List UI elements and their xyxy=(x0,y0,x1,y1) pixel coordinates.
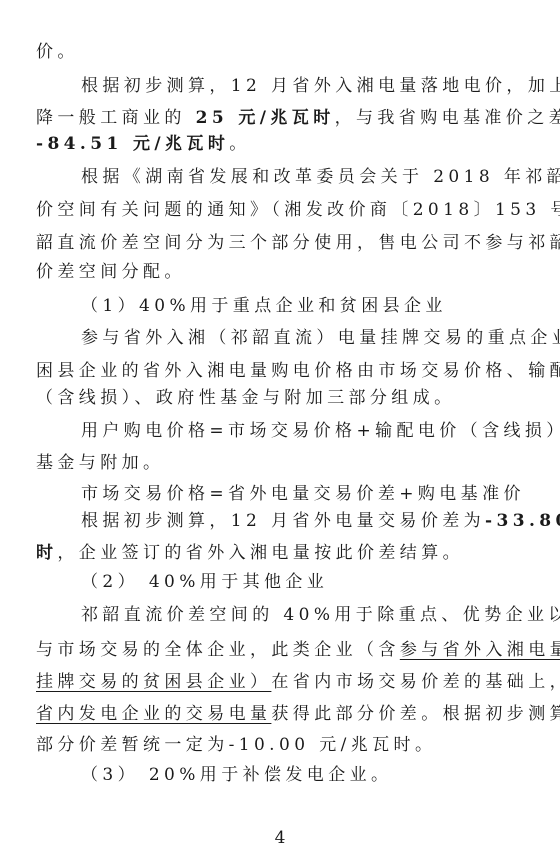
bold-value-minus-33-80: -33.80 元/兆瓦 xyxy=(485,511,560,531)
paragraph-line: 参与省外入湘（祁韶直流）电量挂牌交易的重点企业和贫 xyxy=(81,326,516,350)
text: 用户购电价格=市场交易价格+输配电价（含线损）+政府性 xyxy=(81,421,560,441)
section-heading-3: （3） 20%用于补偿发电企业。 xyxy=(81,763,516,787)
paragraph-line: 困县企业的省外入湘电量购电价格由市场交易价格、输配电价 xyxy=(36,359,516,383)
paragraph-line: 时，企业签订的省外入湘电量按此价差结算。 xyxy=(36,541,516,565)
section-heading-2: （2） 40%用于其他企业 xyxy=(81,570,516,594)
text: 基金与附加。 xyxy=(36,453,164,473)
paragraph-line: 韶直流价差空间分为三个部分使用，售电公司不参与祁韶直流 xyxy=(36,231,516,255)
text: 困县企业的省外入湘电量购电价格由市场交易价格、输配电价 xyxy=(36,361,560,381)
formula-user-price: 用户购电价格=市场交易价格+输配电价（含线损）+政府性 xyxy=(81,419,516,443)
text: ，与我省购电基准价之差为 xyxy=(335,108,560,128)
text: （1）40%用于重点企业和贫困县企业 xyxy=(81,296,447,316)
underlined-text: 挂牌交易的贫困县企业） xyxy=(36,672,271,692)
text: 根据初步测算，12 月省外入湘电量落地电价，加上用于 xyxy=(81,76,560,96)
paragraph-line: 与市场交易的全体企业，此类企业（含参与省外入湘电量市场 xyxy=(36,638,516,662)
paragraph-line: 价差空间分配。 xyxy=(36,260,516,284)
underlined-text: 省内发电企业的交易电量 xyxy=(36,704,271,724)
section-heading-1: （1）40%用于重点企业和贫困县企业 xyxy=(81,294,516,318)
text: 祁韶直流价差空间的 40%用于除重点、优势企业以外的参 xyxy=(81,605,560,625)
text: 根据初步测算，12 月省外电量交易价差为 xyxy=(81,511,485,531)
text: 降一般工商业的 xyxy=(36,108,196,128)
paragraph-line: 基金与附加。 xyxy=(36,451,516,475)
paragraph-line-continuation: 价。 xyxy=(36,40,516,64)
text: （2） 40%用于其他企业 xyxy=(81,572,328,592)
text: 根据《湖南省发展和改革委员会关于 2018 年祁韶直流电 xyxy=(81,167,560,187)
formula-market-price: 市场交易价格=省外电量交易价差+购电基准价 xyxy=(81,482,516,506)
text: 与市场交易的全体企业，此类企业（含 xyxy=(36,640,400,660)
paragraph-line: 价空间有关问题的通知》（湘发改价商〔2018〕153 号），祁 xyxy=(36,198,516,222)
page-number: 4 xyxy=(0,826,560,850)
paragraph-line-price-estimate: 根据初步测算，12 月省外入湘电量落地电价，加上用于 xyxy=(81,74,516,98)
paragraph-line-notice-reference: 根据《湖南省发展和改革委员会关于 2018 年祁韶直流电 xyxy=(81,165,516,189)
paragraph-line: 挂牌交易的贫困县企业）在省内市场交易价差的基础上，按与 xyxy=(36,670,516,694)
paragraph-line: -84.51 元/兆瓦时。 xyxy=(36,132,516,156)
bold-value-minus-84-51: -84.51 元/兆瓦时 xyxy=(36,134,229,154)
text: （含线损）、政府性基金与附加三部分组成。 xyxy=(36,388,456,408)
document-page: 价。 根据初步测算，12 月省外入湘电量落地电价，加上用于 降一般工商业的 25… xyxy=(0,0,560,856)
text: 在省内市场交易价差的基础上，按 xyxy=(271,672,560,692)
text: 市场交易价格=省外电量交易价差+购电基准价 xyxy=(81,484,525,504)
text: 价。 xyxy=(36,42,79,62)
paragraph-line: 降一般工商业的 25 元/兆瓦时，与我省购电基准价之差为 xyxy=(36,106,516,130)
text: 部分价差暂统一定为-10.00 元/兆瓦时。 xyxy=(36,735,436,755)
text: ，企业签订的省外入湘电量按此价差结算。 xyxy=(57,543,464,563)
text: 。 xyxy=(229,134,250,154)
text: 价差空间分配。 xyxy=(36,262,186,282)
text: （3） 20%用于补偿发电企业。 xyxy=(81,765,392,785)
bold-text: 时 xyxy=(36,543,57,563)
paragraph-line: 部分价差暂统一定为-10.00 元/兆瓦时。 xyxy=(36,733,516,757)
text: 获得此部分价差。根据初步测算，该 xyxy=(271,704,560,724)
underlined-text: 参与省外入湘电量市场 xyxy=(400,640,560,660)
paragraph-line: 祁韶直流价差空间的 40%用于除重点、优势企业以外的参 xyxy=(81,603,516,627)
text: 参与省外入湘（祁韶直流）电量挂牌交易的重点企业和贫 xyxy=(81,328,560,348)
paragraph-line: 省内发电企业的交易电量获得此部分价差。根据初步测算，该 xyxy=(36,702,516,726)
paragraph-line: （含线损）、政府性基金与附加三部分组成。 xyxy=(36,386,516,410)
bold-value-25: 25 元/兆瓦时 xyxy=(196,108,335,128)
text: 价空间有关问题的通知》（湘发改价商〔2018〕153 号），祁 xyxy=(36,200,560,220)
paragraph-line: 根据初步测算，12 月省外电量交易价差为-33.80 元/兆瓦 xyxy=(81,509,516,533)
text: 韶直流价差空间分为三个部分使用，售电公司不参与祁韶直流 xyxy=(36,233,560,253)
